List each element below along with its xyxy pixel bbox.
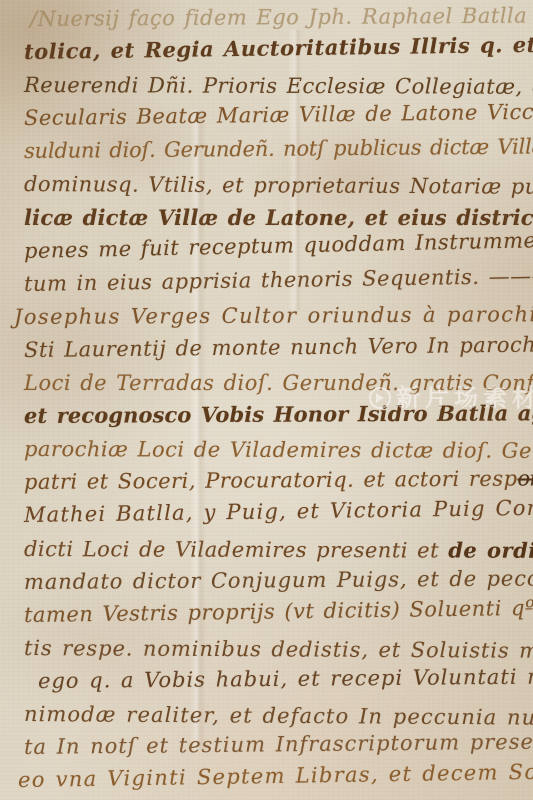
manuscript-line: tamen Vestris proprijs (vt dicitis) Solu… [24, 591, 529, 631]
manuscript-line: dominusq. Vtilis, et proprietarius Notar… [24, 167, 529, 203]
manuscript-line: sulduni dioſ. Gerundeñ. notſ publicus di… [24, 130, 529, 167]
line-text: tolica, et Regia Auctoritatibus Illris q… [24, 31, 533, 64]
line-text: penes me fuit receptum quoddam Instrumme… [24, 227, 533, 262]
line-text: eo vna Viginti Septem Libras, et decem S… [18, 759, 533, 792]
line-text: ego q. a Vobis habui, et recepi Voluntat… [38, 664, 533, 693]
line-text: tamen Vestris proprijs (vt dicitis) Solu… [24, 595, 533, 627]
manuscript-line: Loci de Terradas dioſ. Gerundeñ. gratis … [24, 366, 529, 399]
line-text: Josephus Verges Cultor oriundus à paroch… [14, 302, 533, 329]
manuscript-page: /Nuersij faço fidem Ego Jph. Raphael Bat… [0, 0, 533, 800]
manuscript-line: ego q. a Vobis habui, et recepi Voluntat… [38, 660, 529, 697]
line-text: tis respe. nominibus dedistis, et Soluis… [24, 636, 533, 663]
manuscript-line: et recognosco Vobis Honor Isidro Batlla … [24, 396, 529, 432]
line-text: /Nuersij faço fidem Ego Jph. Raphael Bat… [30, 3, 533, 31]
line-text: tum in eius apprisia thenoris Sequentis.… [24, 263, 533, 295]
manuscript-line: Secularis Beatæ Mariæ Villæ de Latone Vi… [24, 95, 529, 134]
manuscript-line: tolica, et Regia Auctoritatibus Illris q… [24, 28, 529, 68]
scratched-word: ondentis [517, 466, 533, 491]
line-text: Loci de Terradas dioſ. Gerundeñ. gratis … [24, 371, 533, 395]
manuscript-line: Sti Laurentij de monte nunch Vero In par… [24, 328, 529, 366]
line-text: ta In notſ et testium Infrascriptorum pr… [24, 729, 533, 759]
line-text: et recognosco Vobis Honor Isidro Batlla … [24, 400, 533, 428]
line-text: patri et Soceri, Procuratoriq. et actori… [24, 467, 518, 494]
line-text: dominusq. Vtilis, et proprietarius Notar… [24, 172, 533, 199]
line-text: Secularis Beatæ Mariæ Villæ de Latone Vi… [24, 99, 533, 130]
overwritten-word: de ordiñe [448, 537, 533, 562]
manuscript-line: Mathei Batlla, y Puig, et Victoria Puig … [24, 491, 529, 531]
line-text: mandato dictor Conjugum Puigs, et de pec… [24, 566, 533, 594]
manuscript-text-block: /Nuersij faço fidem Ego Jph. Raphael Bat… [0, 0, 533, 800]
line-text: sulduni dioſ. Gerundeñ. notſ publicus di… [24, 135, 533, 164]
line-text: Sti Laurentij de monte nunch Vero In par… [24, 332, 533, 362]
line-text: dicti Loci de Vilademires presenti et [24, 537, 448, 562]
manuscript-line: eo vna Viginti Septem Libras, et decem S… [18, 755, 529, 796]
line-text: Mathei Batlla, y Puig, et Victoria Puig … [24, 495, 533, 527]
manuscript-line: tum in eius apprisia thenoris Sequentis.… [24, 259, 529, 300]
line-text: parochiæ Loci de Vilademires dictæ dioſ.… [24, 437, 533, 463]
